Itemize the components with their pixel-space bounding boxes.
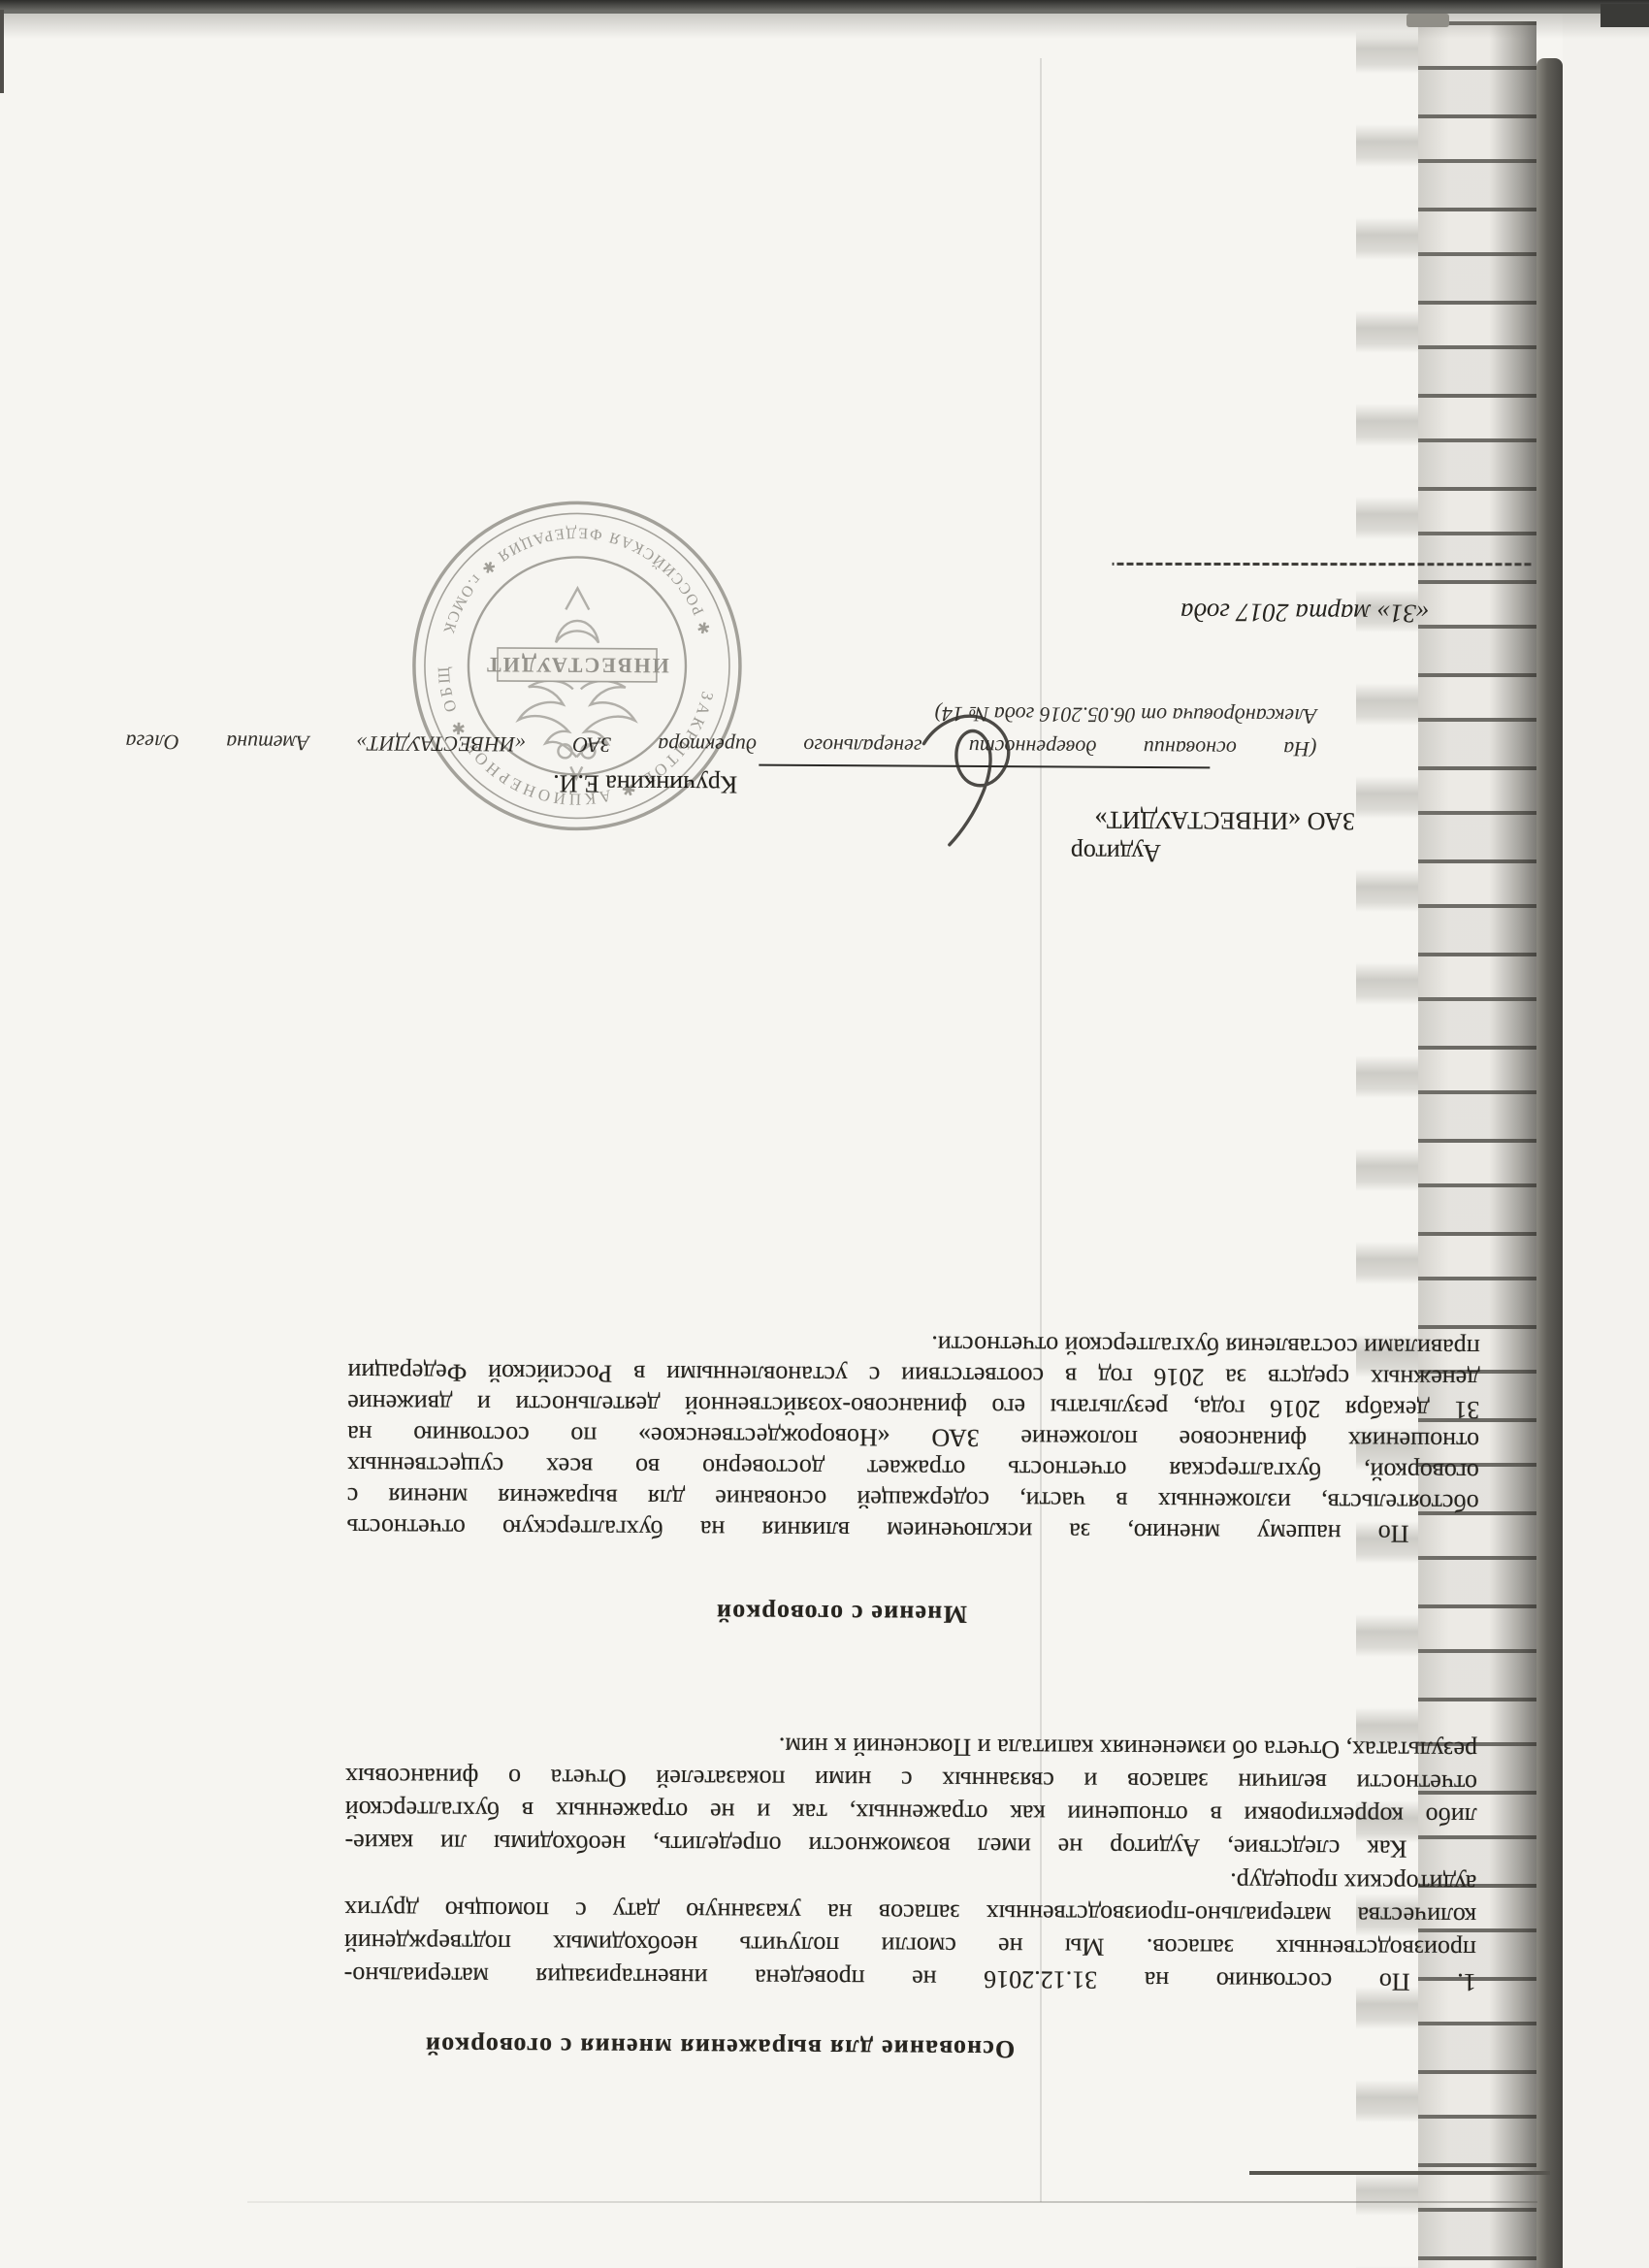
- opinion-paragraph-line: правилами составления бухгалтерской отче…: [348, 1324, 1480, 1364]
- basis-paragraph-line: Как следствие, Аудитор не имел возможнос…: [344, 1826, 1476, 1865]
- stamp-center-text: ИНВЕСТАУДИТ: [485, 653, 669, 678]
- heading-basis-for-qualified-opinion: Основание для выражения мнения с оговорк…: [425, 2030, 1016, 2063]
- basis-paragraph-line: производственных запасов. Мы не смогли п…: [344, 1926, 1476, 1965]
- eagle-emblem-icon: [518, 588, 635, 779]
- date-underline: [1113, 563, 1532, 566]
- report-date: «31» марта 2017 года: [1180, 597, 1429, 629]
- audit-report-content: Основание для выражения мнения с оговорк…: [0, 0, 1649, 2268]
- basis-paragraph-line: отчетности величин запасов и связанных с…: [345, 1760, 1477, 1799]
- scan-left-edge: [0, 10, 4, 93]
- auditor-role-label: Аудитор: [1071, 838, 1161, 868]
- basis-paragraph-line: либо корректировки в отношении как отраж…: [345, 1793, 1477, 1832]
- handwritten-signature: [916, 707, 1043, 854]
- basis-paragraph-line: результатах, Отчета об изменениях капита…: [345, 1727, 1477, 1766]
- basis-paragraph-line: количества материально-производственных …: [344, 1893, 1476, 1932]
- basis-paragraph-line: аудиторских процедур.: [344, 1860, 1476, 1899]
- basis-paragraph-line: 1. По состоянию на 31.12.2016 не проведе…: [344, 1959, 1476, 1998]
- svg-text:ЗАКРЫТОЕ ✱ АКЦИОНЕРНОЕ ✱ ОБЩЕС: ЗАКРЫТОЕ ✱ АКЦИОНЕРНОЕ ✱ ОБЩЕСТВО: [433, 664, 745, 834]
- auditor-company-name: ЗАО «ИНВЕСТАУДИТ»: [1094, 805, 1355, 836]
- scanned-page: Основание для выражения мнения с оговорк…: [0, 0, 1649, 2268]
- heading-qualified-opinion: Мнение с оговоркой: [716, 1598, 967, 1629]
- company-stamp: ИНВЕСТАУДИТ ЗАКРЫТОЕ ✱ АКЦИОНЕРНОЕ ✱ ОБЩ…: [409, 498, 745, 833]
- stamp-ring-text-top: ЗАКРЫТОЕ ✱ АКЦИОНЕРНОЕ ✱ ОБЩЕСТВО: [433, 664, 745, 834]
